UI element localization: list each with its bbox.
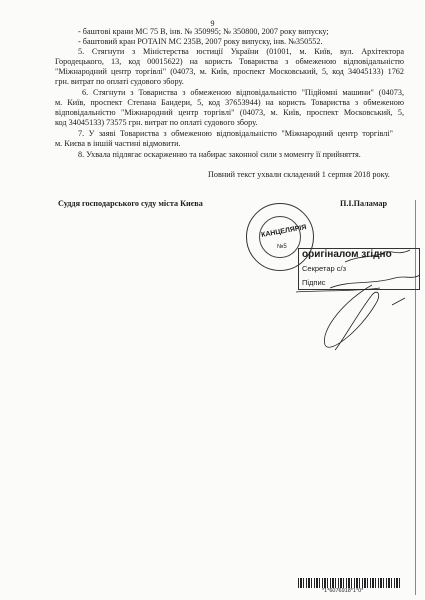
barcode [298, 578, 400, 588]
barcode-text: *1*6076918*1*0* [322, 588, 363, 594]
handwritten-signature-icon [0, 0, 425, 600]
